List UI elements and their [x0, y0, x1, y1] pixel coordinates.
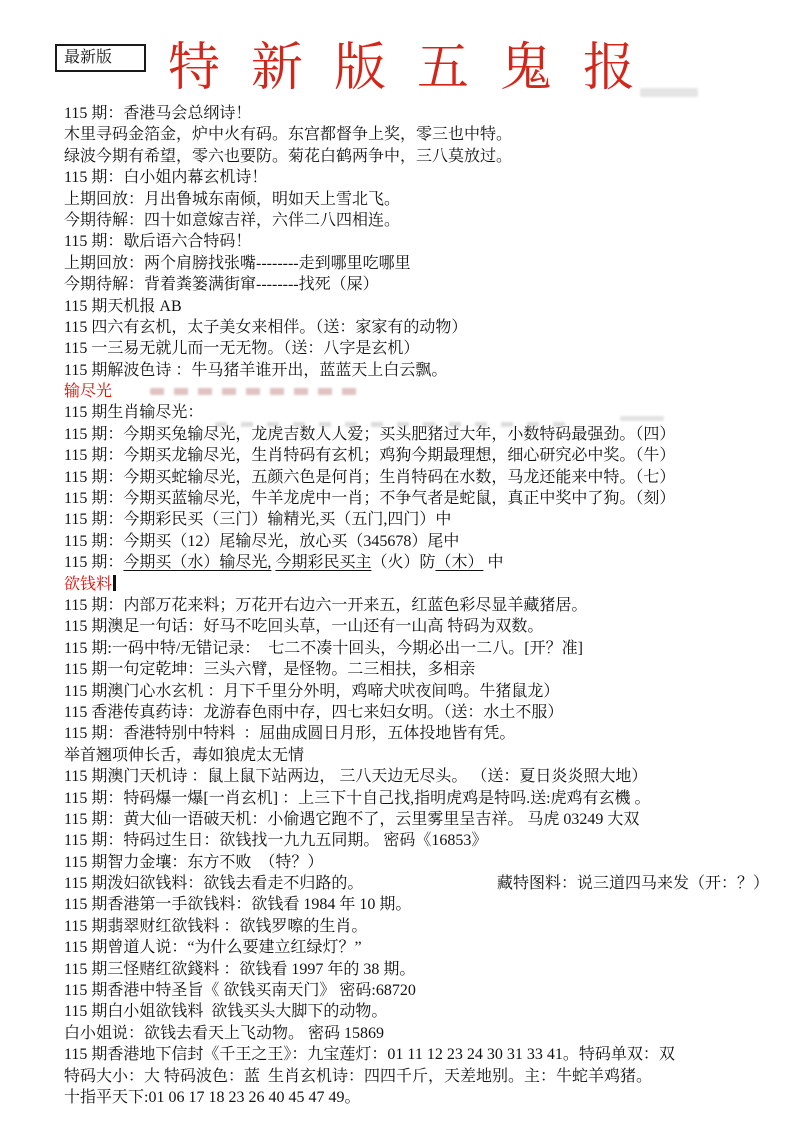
- text-line: 115 期澳门天机诗 ：鼠上鼠下站两边， 三八天边无尽头。 （送：夏日炎炎照大地…: [64, 766, 789, 787]
- text-line: 特码大小：大 特码波色：蓝 生肖玄机诗：四四千斤，天差地别。主：牛蛇羊鸡猪。: [64, 1066, 789, 1087]
- text-line: 115 期生肖输尽光：: [64, 402, 789, 423]
- text-line: 上期回放：月出鲁城东南倾，明如天上雪北飞。: [64, 189, 789, 210]
- text-line: 115 期：内部万花来料；万花开右边六一开来五，红蓝色彩尽显羊藏猪居。: [64, 595, 789, 616]
- faded-text-artifact: [215, 422, 565, 427]
- text-line: 115 期白小姐欲钱料 欲钱买头大脚下的动物。: [64, 1001, 789, 1022]
- text-line: 木里寻码金箔金，炉中火有码。东宫都督争上奖，零三也中特。: [64, 124, 789, 145]
- faded-text-artifact: [150, 388, 360, 395]
- text-line: 115 期一句定乾坤：三头六臂，是怪物。二三相扶，多相亲: [64, 659, 789, 680]
- text-line: 115 期泼妇欲钱料：欲钱去看走不归路的。藏特图料：说三道四马来发（开：？）: [64, 873, 789, 894]
- text-line: 115 期：今期买兔输尽光，龙虎吉数人人爱；买头肥猪过大年，小数特码最强劲。（四…: [64, 424, 789, 445]
- text-line: 115 期香港中特圣旨《 欲钱买南天门》 密码:68720: [64, 980, 789, 1001]
- text-line: 今期待解：背着粪篓满街窜--------找死（屎）: [64, 274, 789, 295]
- section-heading: 欲钱料: [64, 574, 789, 595]
- text-line: 115 期：今期买（12）尾输尽光，放心买（345678）尾中: [64, 531, 789, 552]
- text-line: 上期回放：两个肩膀找张嘴--------走到哪里吃哪里: [64, 253, 789, 274]
- text-line: 绿波今期有希望，零六也要防。菊花白鹤两争中，三八莫放过。: [64, 146, 789, 167]
- text-line: 今期待解：四十如意嫁吉祥，六伴二八四相连。: [64, 210, 789, 231]
- text-line: 115 四六有玄机，太子美女来相伴。（送：家家有的动物）: [64, 317, 789, 338]
- text-line: 115 期：今期彩民买（三门）输精光,买（五门,四门）中: [64, 509, 789, 530]
- text-line: 115 期澳门心水玄机 ：月下千里分外明，鸡啼犬吠夜间鸣。牛猪鼠龙）: [64, 681, 789, 702]
- text-line: 115 期：特码过生日：欲钱找一九九五同期。 密码《16853》: [64, 830, 789, 851]
- text-line: 115 期:一码中特/无错记录： 七二不凑十回头，今期必出一二八。[开？准]: [64, 638, 789, 659]
- text-line: 115 期曾道人说：“为什么要建立红绿灯？”: [64, 937, 789, 958]
- text-line: 115 期解波色诗 ：牛马猪羊谁开出，蓝蓝天上白云飘。: [64, 360, 789, 381]
- text-line: 115 期天机报 AB: [64, 296, 789, 317]
- text-line: 115 期：香港马会总纲诗！: [64, 103, 789, 124]
- text-line: 115 期三怪赌红欲錢料 ：欲钱看 1997 年的 38 期。: [64, 959, 789, 980]
- text-line: 115 期香港地下信封《千王之王》：九宝莲灯：01 11 12 23 24 30…: [64, 1044, 789, 1065]
- page-title: 特 新 版 五 鬼 报: [168, 38, 640, 100]
- text-line: 115 期：歇后语六合特码！: [64, 231, 789, 252]
- text-line: 举首翘项伸长舌，毒如狼虎太无情: [64, 745, 789, 766]
- text-line: 115 期：今期买蓝输尽光，牛羊龙虎中一肖；不争气者是蛇鼠，真正中奖中了狗。（刻…: [64, 488, 789, 509]
- text-line: 115 期：今期买龙输尽光，生肖特码有玄机；鸡狗今期最理想，细心研究必中奖。（牛…: [64, 445, 789, 466]
- text-line: 115 期：今期买蛇输尽光，五颜六色是何肖；生肖特码在水数，马龙还能来中特。（七…: [64, 467, 789, 488]
- text-line: 115 香港传真药诗：龙游春色雨中存，四七来妇女明。（送：水土不服）: [64, 702, 789, 723]
- text-line: 115 期：白小姐内幕玄机诗！: [64, 167, 789, 188]
- text-line: 115 期：香港特别中特料 ：屈曲成圆日月形，五体投地皆有凭。: [64, 723, 789, 744]
- text-line: 白小姐说：欲钱去看天上飞动物。 密码 15869: [64, 1023, 789, 1044]
- text-cursor: [113, 575, 116, 591]
- text-lines: 115 期：香港马会总纲诗！木里寻码金箔金，炉中火有码。东宫都督争上奖，零三也中…: [64, 103, 789, 1108]
- latest-edition-badge: 最新版: [55, 44, 146, 72]
- text-line: 115 期：黄大仙一语破天机：小偷遇它跑不了，云里雾里呈吉祥。 马虎 03249…: [64, 809, 789, 830]
- text-line: 115 一三易无就儿而一无无物。（送：八字是玄机）: [64, 338, 789, 359]
- text-line: 115 期澳足一句话：好马不吃回头草，一山还有一山高 特码为双数。: [64, 616, 789, 637]
- faded-text-artifact: [640, 88, 698, 97]
- text-line: 115 期：特码爆一爆[一肖玄机] ：上三下十自己找,指明虎鸡是特吗.送:虎鸡有…: [64, 788, 789, 809]
- text-line: 115 期：今期买（水）输尽光, 今期彩民买主（火）防（木） 中: [64, 552, 789, 573]
- right-note: 藏特图料：说三道四马来发（开：？）: [497, 873, 769, 894]
- text-line: 115 期智力金壤：东方不败 （特？）: [64, 852, 789, 873]
- text-line: 十指平天下:01 06 17 18 23 26 40 45 47 49。: [64, 1087, 789, 1108]
- text-line: 115 期翡翠财红欲钱料 ：欲钱罗嚓的生肖。: [64, 916, 789, 937]
- faded-text-artifact: [620, 416, 664, 421]
- text-line: 115 期香港第一手欲钱料：欲钱看 1984 年 10 期。: [64, 894, 789, 915]
